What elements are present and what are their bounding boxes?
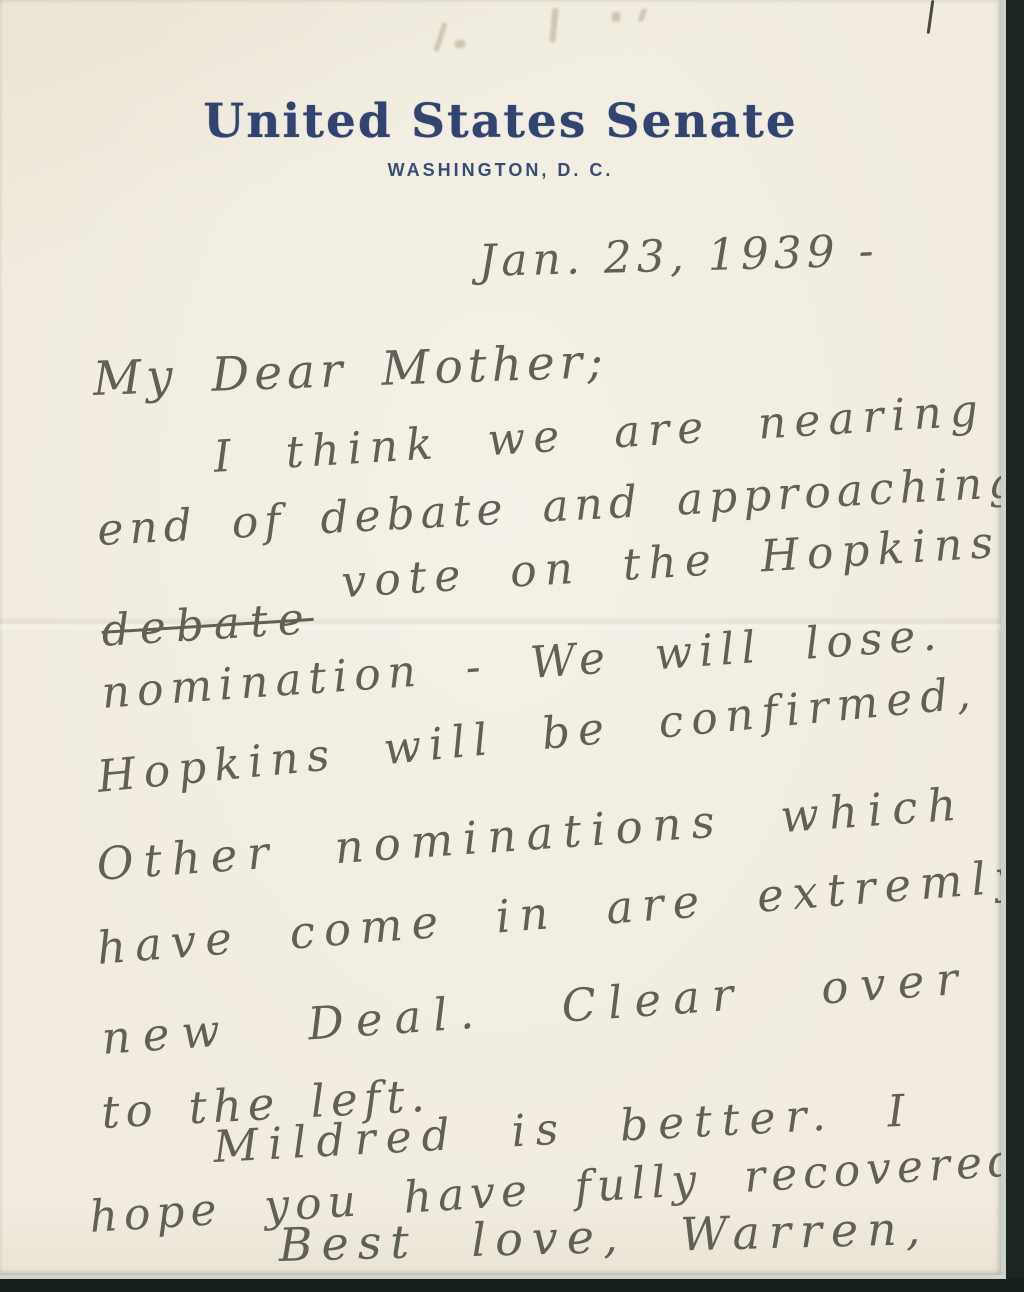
- scan-background: [0, 1279, 1024, 1292]
- ink-smudge: [638, 8, 647, 23]
- pen-stroke-mark: [927, 0, 935, 34]
- struck-word: debate: [100, 593, 315, 657]
- scan-background: [1006, 0, 1024, 1292]
- letterhead-subtitle: WASHINGTON, D. C.: [0, 160, 1001, 181]
- ink-smudge: [612, 12, 620, 22]
- letterhead-title: United States Senate: [0, 94, 1001, 149]
- ink-smudge: [454, 39, 465, 49]
- ink-smudge: [433, 22, 447, 52]
- letter-paper: United States Senate WASHINGTON, D. C. J…: [0, 0, 1001, 1275]
- letter-salutation: My Dear Mother;: [92, 334, 609, 407]
- ink-smudge: [549, 8, 559, 42]
- scanned-letter: United States Senate WASHINGTON, D. C. J…: [0, 0, 1024, 1292]
- letter-date: Jan. 23, 1939 -: [478, 226, 879, 287]
- letter-line: new Deal. Clear over: [100, 951, 971, 1065]
